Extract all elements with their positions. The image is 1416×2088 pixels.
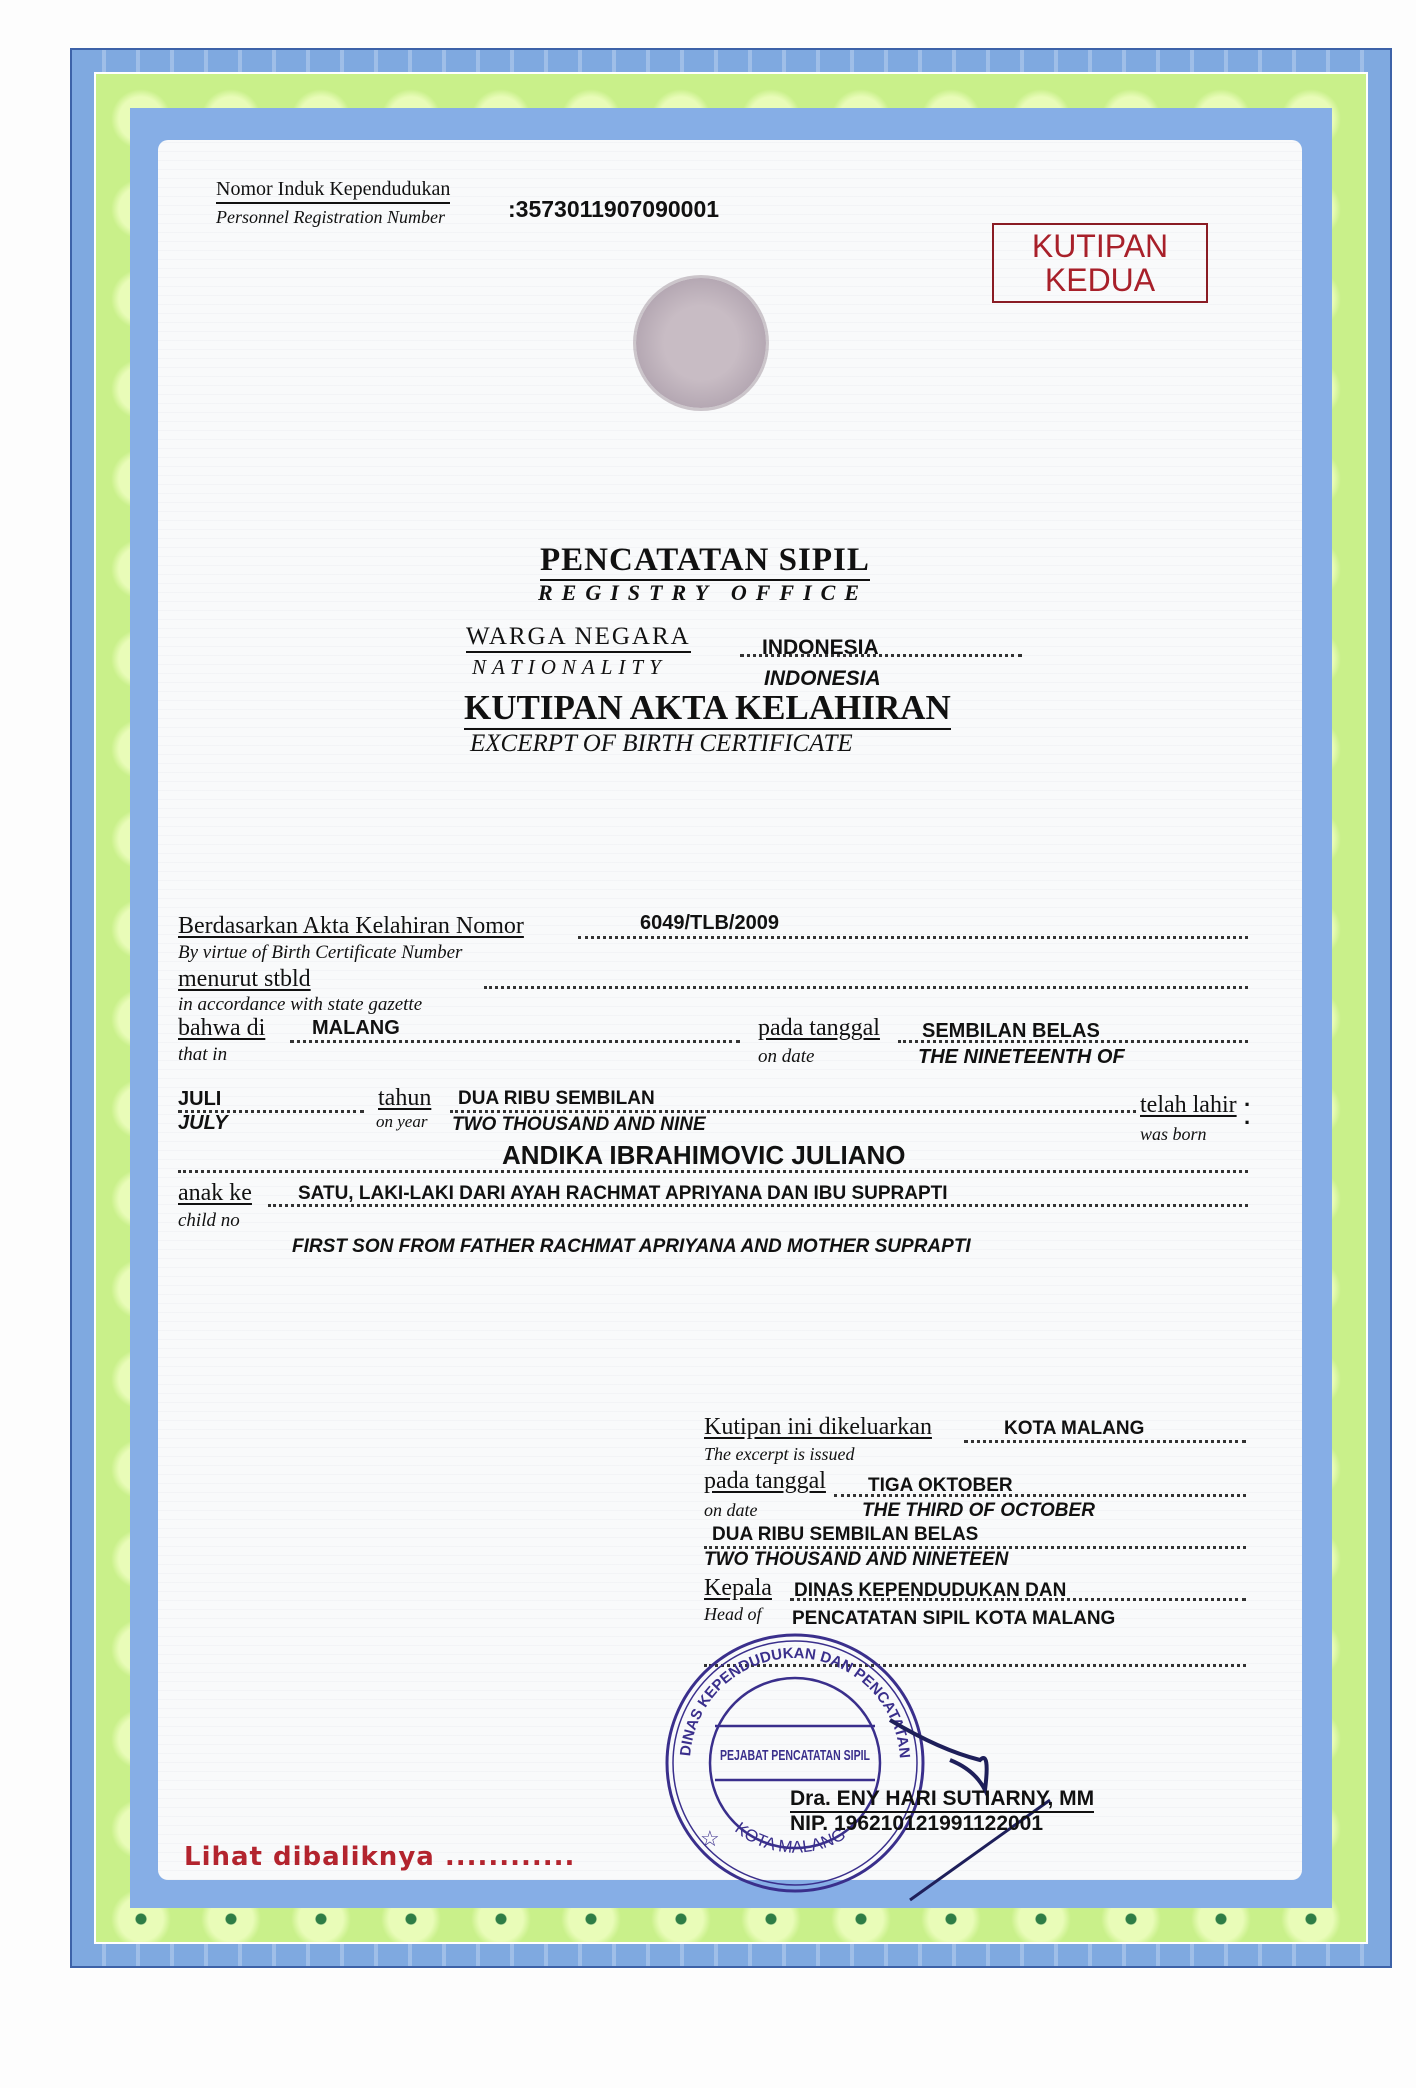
- issued-dotted-line: [964, 1440, 1246, 1443]
- stbld-label: menurut stbld: [178, 966, 311, 993]
- nationality-label-en: NATIONALITY: [472, 655, 667, 680]
- born-label: telah lahir: [1140, 1092, 1237, 1119]
- embossed-seal-icon: [636, 278, 766, 408]
- birth-year-label: tahun: [378, 1085, 431, 1112]
- office-title: PENCATATAN SIPIL: [540, 542, 870, 581]
- svg-text:DINAS KEPENDUDUKAN DAN PENCATA: DINAS KEPENDUDUKAN DAN PENCATATAN SIPIL: [660, 1628, 913, 1763]
- birth-year-label-en: on year: [376, 1112, 427, 1132]
- stbld-label-en: in accordance with state gazette: [178, 994, 422, 1016]
- issue-year-value: DUA RIBU SEMBILAN BELAS: [712, 1524, 978, 1546]
- official-name: Dra. ENY HARI SUTIARNY, MM: [790, 1787, 1094, 1813]
- cert-number-value: 6049/TLB/2009: [640, 912, 779, 935]
- birth-date-label: pada tanggal: [758, 1015, 880, 1042]
- kutipan-kedua-stamp: KUTIPAN KEDUA: [992, 223, 1208, 303]
- svg-text:PEJABAT PENCATATAN SIPIL: PEJABAT PENCATATAN SIPIL: [720, 1747, 870, 1764]
- nationality-label: WARGA NEGARA: [466, 623, 691, 653]
- cert-number-label-en: By virtue of Birth Certificate Number: [178, 942, 462, 964]
- issued-label: Kutipan ini dikeluarkan: [704, 1414, 932, 1441]
- svg-text:☆: ☆: [700, 1826, 720, 1851]
- head-value-1: DINAS KEPENDUDUKAN DAN: [794, 1580, 1066, 1602]
- nik-label: Nomor Induk Kependudukan: [216, 178, 450, 204]
- child-no-label-en: child no: [178, 1210, 240, 1232]
- birth-month-value-en: JULY: [178, 1112, 228, 1135]
- nationality-value: INDONESIA: [762, 636, 879, 660]
- place-value: MALANG: [312, 1017, 400, 1040]
- cert-number-dotted-line: [578, 936, 1248, 939]
- signature-icon: [880, 1660, 1120, 1910]
- birth-year-value: DUA RIBU SEMBILAN: [458, 1088, 655, 1110]
- child-name-dotted-line: [178, 1170, 1248, 1173]
- birth-month-value: JULI: [178, 1088, 221, 1111]
- issue-date-label-en: on date: [704, 1500, 758, 1521]
- issued-label-en: The excerpt is issued: [704, 1444, 854, 1465]
- stamp-line-1: KUTIPAN: [994, 229, 1206, 263]
- child-no-value: SATU, LAKI-LAKI DARI AYAH RACHMAT APRIYA…: [298, 1183, 948, 1205]
- birth-date-label-en: on date: [758, 1046, 814, 1068]
- head-label: Kepala: [704, 1575, 772, 1602]
- cert-number-label: Berdasarkan Akta Kelahiran Nomor: [178, 913, 524, 940]
- head-value-2: PENCATATAN SIPIL KOTA MALANG: [792, 1608, 1115, 1630]
- place-dotted-line: [290, 1040, 740, 1043]
- stamp-line-2: KEDUA: [994, 263, 1206, 297]
- born-label-en: was born: [1140, 1124, 1207, 1145]
- birth-year-dotted-line: [450, 1110, 1136, 1113]
- child-no-label: anak ke: [178, 1180, 252, 1207]
- issue-date-label: pada tanggal: [704, 1468, 826, 1495]
- child-no-value-en: FIRST SON FROM FATHER RACHMAT APRIYANA A…: [292, 1236, 971, 1258]
- office-title-en: REGISTRY OFFICE: [538, 580, 868, 606]
- official-nip: NIP. 196210121991122001: [790, 1812, 1043, 1836]
- birth-year-value-en: TWO THOUSAND AND NINE: [452, 1114, 706, 1136]
- see-back-note: Lihat dibaliknya ............: [184, 1842, 575, 1872]
- nik-label-en: Personnel Registration Number: [216, 207, 445, 228]
- issued-value: KOTA MALANG: [1004, 1418, 1144, 1440]
- nik-value: :3573011907090001: [508, 196, 719, 223]
- document-title-en: EXCERPT OF BIRTH CERTIFICATE: [470, 730, 853, 758]
- issue-date-value: TIGA OKTOBER: [868, 1475, 1013, 1497]
- stbld-dotted-line: [484, 986, 1248, 989]
- document-title: KUTIPAN AKTA KELAHIRAN: [464, 688, 951, 730]
- birth-date-value: SEMBILAN BELAS: [922, 1020, 1100, 1043]
- issue-date-value-en: THE THIRD OF OCTOBER: [862, 1500, 1095, 1522]
- place-label: bahwa di: [178, 1015, 265, 1042]
- place-label-en: that in: [178, 1044, 227, 1066]
- birth-date-value-en: THE NINETEENTH OF: [918, 1046, 1125, 1069]
- child-name: ANDIKA IBRAHIMOVIC JULIANO: [502, 1140, 905, 1171]
- born-colon: ..: [1244, 1090, 1250, 1126]
- issue-year-value-en: TWO THOUSAND AND NINETEEN: [704, 1549, 1008, 1571]
- head-label-en: Head of: [704, 1604, 762, 1625]
